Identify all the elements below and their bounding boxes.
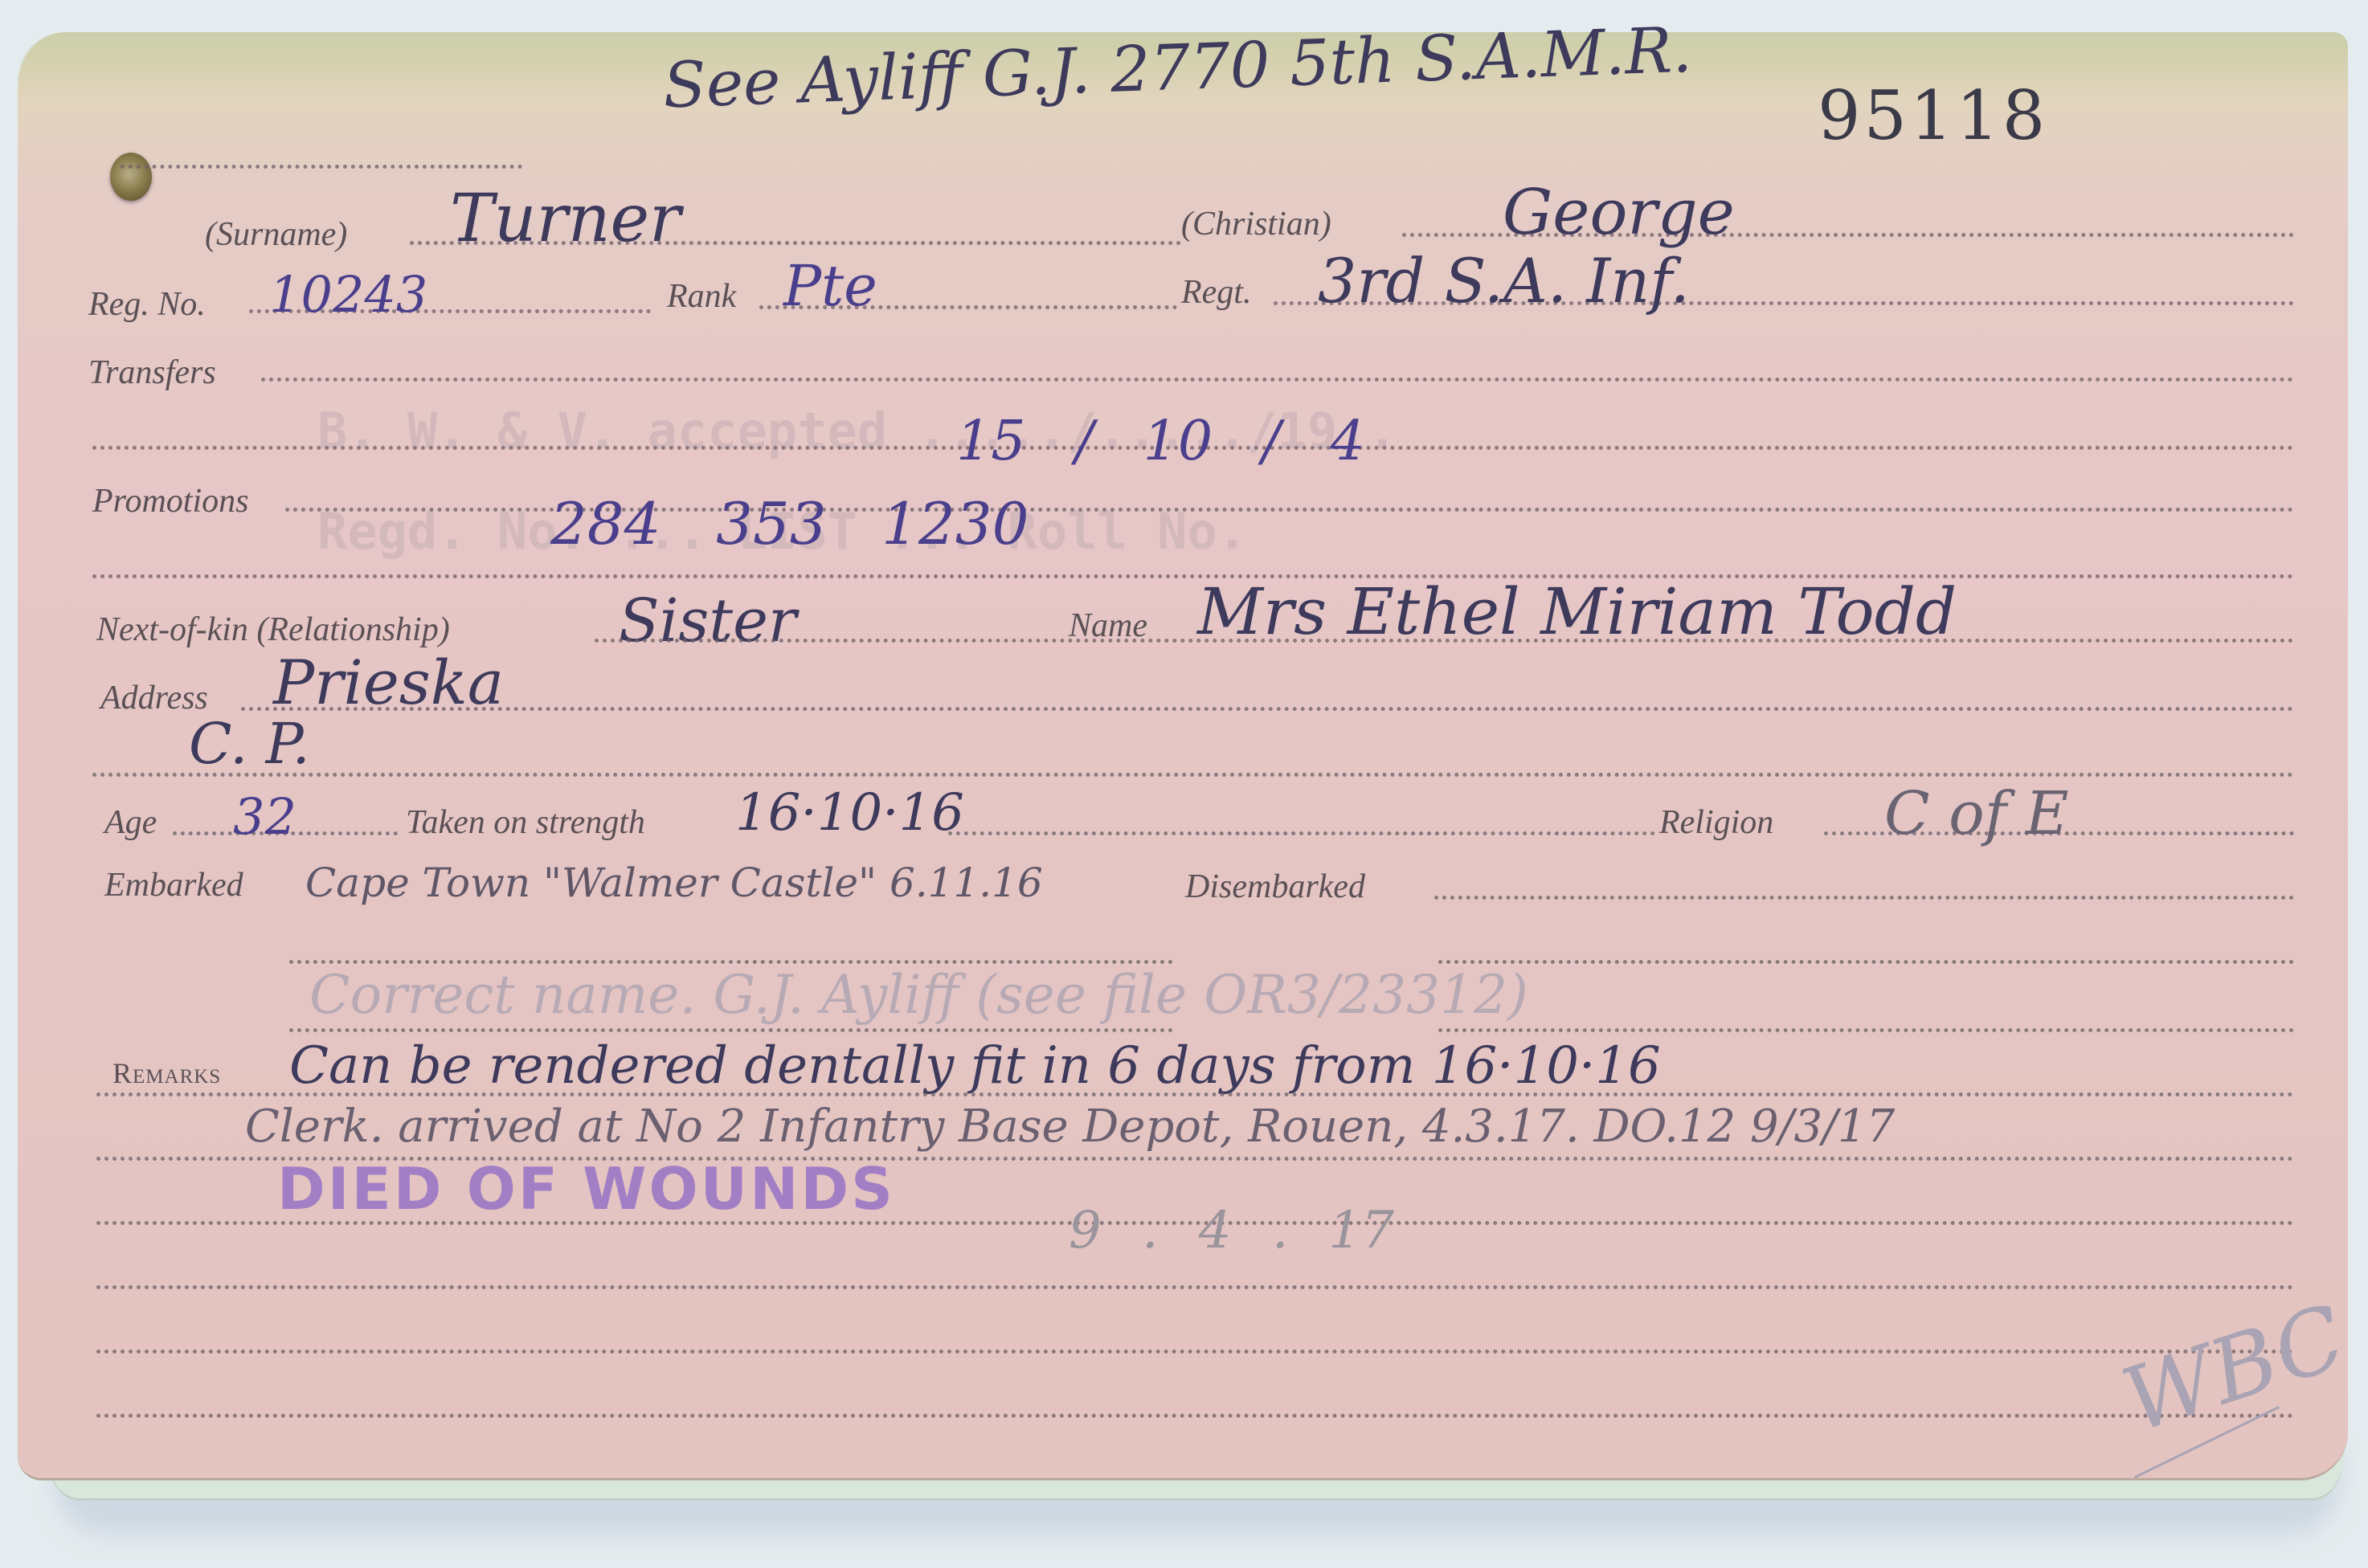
field-taken-on-strength: 16·10·16 <box>735 783 964 843</box>
field-christian: George <box>1503 177 1735 249</box>
correction-note: Correct name. G.J. Ayliff (see file OR3/… <box>309 964 1528 1026</box>
label-rank: Rank <box>667 277 736 316</box>
label-promotions: Promotions <box>92 482 248 521</box>
field-reg-no: 10243 <box>269 265 427 324</box>
dotted-line <box>92 574 2294 578</box>
dotted-line <box>1434 896 2294 900</box>
label-age: Age <box>104 803 157 842</box>
field-transfer-date: 15 / 10 / 4 <box>956 410 1365 473</box>
dotted-line <box>289 1028 1173 1032</box>
dotted-line <box>1438 1028 2294 1032</box>
dotted-line <box>96 1414 2294 1418</box>
label-religion: Religion <box>1659 803 1773 842</box>
died-of-wounds-stamp: DIED OF WOUNDS <box>277 1155 895 1223</box>
label-reg-no: Reg. No. <box>88 285 206 324</box>
death-date: 9 . 4 . 17 <box>1069 1201 1394 1260</box>
dotted-line <box>92 773 2294 777</box>
field-address-line2: C. P. <box>189 711 310 777</box>
field-religion: C of E <box>1884 779 2069 848</box>
label-disembarked: Disembarked <box>1185 868 1365 906</box>
serial-number: 95118 <box>1818 76 2048 155</box>
field-age: 32 <box>233 787 297 846</box>
field-regt: 3rd S.A. Inf. <box>1318 245 1690 316</box>
dotted-line <box>96 1285 2294 1289</box>
field-roll-numbers: 284 353 1230 <box>550 490 1029 557</box>
remarks-line-1: Can be rendered dentally fit in 6 days f… <box>289 1036 1661 1096</box>
label-taken-on-strength: Taken on strength <box>406 803 645 842</box>
dotted-line <box>96 1350 2294 1354</box>
dotted-line <box>261 378 2294 382</box>
field-address-line1: Prieska <box>273 647 504 718</box>
field-surname: Turner <box>450 181 681 257</box>
field-nok-relationship: Sister <box>619 586 796 655</box>
dotted-line <box>948 831 1655 835</box>
dotted-line <box>241 707 2294 711</box>
label-regt: Regt. <box>1181 273 1251 312</box>
label-transfers: Transfers <box>88 353 216 392</box>
remarks-line-2: Clerk. arrived at No 2 Infantry Base Dep… <box>245 1100 1895 1153</box>
field-nok-name: Mrs Ethel Miriam Todd <box>1197 574 1957 649</box>
dotted-line <box>1438 960 2294 964</box>
dotted-line <box>121 165 522 169</box>
eyelet-grommet-icon <box>110 153 152 201</box>
label-christian: (Christian) <box>1181 205 1331 243</box>
field-embarked: Cape Town "Walmer Castle" 6.11.16 <box>305 860 1043 906</box>
label-embarked: Embarked <box>104 866 243 904</box>
dotted-line <box>96 1092 2294 1096</box>
service-record-card <box>18 32 2348 1480</box>
label-surname: (Surname) <box>205 215 347 254</box>
field-rank: Pte <box>783 253 877 319</box>
label-remarks: Remarks <box>112 1056 221 1090</box>
label-next-of-kin: Next-of-kin (Relationship) <box>96 610 450 649</box>
